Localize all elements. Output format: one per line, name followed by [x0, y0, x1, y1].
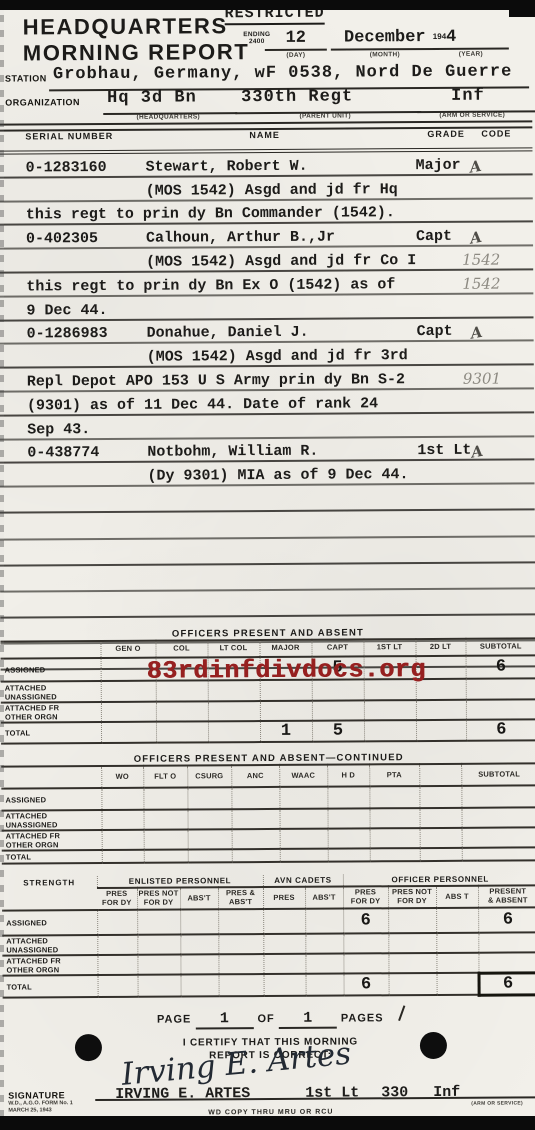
cell-value — [462, 827, 535, 847]
column-header: COL — [155, 640, 207, 657]
grade-value: Major — [416, 157, 461, 174]
cell-value — [208, 701, 260, 721]
column-header: SUBTOTAL — [461, 763, 535, 785]
scan-edge-corner — [509, 0, 535, 17]
cell-value — [436, 953, 478, 973]
table-corner-label: STRENGTH — [2, 876, 97, 911]
entry-text: (MOS 1542) Asgd and jd fr Co I — [146, 252, 416, 271]
watermark: 83rdinfdivdocs.org — [147, 655, 426, 686]
cell-value — [144, 849, 188, 862]
handwritten-code-mark: A — [469, 323, 484, 343]
column-header: PRES NOT FOR DY — [388, 886, 436, 908]
cell-value — [137, 910, 180, 935]
column-header — [0, 641, 100, 659]
officers-continued-table: OFFICERS PRESENT AND ABSENT—CONTINUEDWOF… — [1, 751, 535, 864]
cell-value — [462, 847, 535, 860]
cell-value — [137, 955, 180, 975]
cell-value — [231, 809, 279, 829]
cell-value — [388, 933, 436, 953]
roster-line: Sep 43. — [0, 413, 534, 440]
cell-value — [370, 828, 420, 848]
cell-value — [97, 935, 137, 955]
month-sublabel: (MONTH) — [331, 51, 439, 59]
year-typed: 4 — [446, 28, 456, 47]
cell-value — [263, 909, 305, 934]
cell-value — [98, 975, 138, 997]
entry-text: Donahue, Daniel J. — [147, 324, 309, 342]
grade-value: 1st Lt — [417, 442, 471, 459]
column-header: PRES — [263, 887, 305, 909]
cell-value — [218, 934, 263, 954]
cell-value: 1 — [260, 721, 312, 742]
roster-line: this regt to prin dy Bn Ex O (1542) as o… — [0, 270, 533, 297]
cell-value — [369, 786, 419, 808]
cell-value — [279, 787, 327, 809]
column-header: PRES FOR DY — [343, 886, 388, 908]
roster-line: this regt to prin dy Bn Commander (1542)… — [0, 199, 533, 226]
day-sublabel: (DAY) — [265, 52, 327, 59]
signer-name: IRVING E. ARTES — [115, 1085, 250, 1103]
cell-value — [388, 908, 436, 933]
cell-value — [144, 829, 188, 849]
arm-sublabel: (ARM OR SERVICE) — [417, 111, 527, 119]
cell-value — [280, 849, 328, 862]
cell-value — [260, 701, 312, 721]
of-label: OF — [257, 1013, 274, 1025]
cell-value: 6 — [343, 908, 388, 933]
page-label: PAGE — [157, 1013, 191, 1025]
cell-value: 6 — [466, 655, 535, 678]
parent-unit-sublabel: (PARENT UNIT) — [235, 112, 415, 120]
date-month: December — [331, 28, 439, 51]
cell-value — [328, 848, 370, 861]
roster-entries: 0-1283160Stewart, Robert W.MajorA(MOS 15… — [0, 151, 535, 671]
cell-value — [416, 720, 466, 741]
group-header: AVN CADETS — [263, 875, 343, 887]
column-header — [1, 766, 101, 789]
blank-ruled-line — [0, 537, 535, 566]
cell-value — [419, 808, 461, 828]
column-header: PTA — [369, 764, 419, 786]
cell-value — [436, 908, 478, 933]
cell-value — [181, 974, 219, 996]
arm-service-sublabel: (ARM OR SERVICE) — [471, 1100, 523, 1106]
cell-value — [327, 808, 369, 828]
serial-number-header: SERIAL NUMBER — [25, 131, 113, 142]
cell-value: 6 — [466, 719, 535, 740]
column-header: PRESENT & ABSENT — [478, 885, 535, 907]
cell-value — [188, 829, 232, 849]
cell-value — [101, 788, 143, 810]
cell-value — [419, 786, 461, 808]
cell-value — [388, 953, 436, 973]
cell-value — [218, 909, 263, 934]
form-sheet: HEADQUARTERS MORNING REPORT RESTRICTED E… — [0, 0, 535, 1130]
column-header: WAAC — [279, 765, 327, 787]
signature-label: SIGNATURE — [8, 1090, 65, 1100]
cell-value — [218, 954, 263, 974]
cell-value — [305, 909, 343, 934]
signer-arm: Inf — [433, 1084, 460, 1101]
column-header: ABS'T — [305, 887, 343, 909]
entry-text: (Dy 9301) MIA as of 9 Dec 44. — [147, 466, 408, 485]
roster-line: 9 Dec 44. — [0, 294, 533, 321]
cell-value — [436, 933, 478, 953]
cell-value: 6 — [344, 973, 389, 995]
ending-time: 2400 — [249, 38, 265, 45]
group-header: ENLISTED PERSONNEL — [97, 875, 263, 888]
handwritten-code-mark: A — [468, 228, 483, 248]
cell-value — [180, 954, 218, 974]
cell-value — [97, 955, 137, 975]
column-header: CSURG — [187, 765, 231, 787]
cell-value — [478, 952, 535, 972]
row-label: ATTACHED UNASSIGNED — [1, 681, 101, 703]
cell-value — [180, 934, 218, 954]
cell-value — [420, 828, 462, 848]
cell-value — [328, 828, 370, 848]
column-header: MAJOR — [259, 640, 311, 657]
scan-edge-bottom — [0, 1116, 535, 1130]
cell-value: 5 — [312, 720, 364, 741]
station-label: STATION — [5, 73, 47, 83]
cell-value — [364, 700, 416, 720]
cell-value — [420, 848, 462, 861]
cell-value — [232, 829, 280, 849]
cell-value — [263, 974, 305, 996]
cell-value — [461, 807, 535, 827]
cell-value: 6 — [479, 972, 535, 994]
cell-value — [102, 830, 144, 850]
row-label: ATTACHED UNASSIGNED — [1, 810, 101, 831]
roster-line: (MOS 1542) Asgd and jd fr Co I1542 — [0, 247, 533, 274]
column-header: FLT O — [143, 765, 187, 787]
cell-value: 6 — [478, 907, 535, 932]
page-count-line: PAGE 1 OF 1 PAGES — [3, 1008, 535, 1030]
entry-text: Stewart, Robert W. — [146, 158, 308, 176]
entry-text: (MOS 1542) Asgd and jd fr Hq — [146, 181, 398, 200]
pencil-annotation: 9301 — [463, 370, 501, 388]
cell-value — [101, 810, 143, 830]
roster-line: (Dy 9301) MIA as of 9 Dec 44. — [0, 461, 535, 488]
page-subtitle: MORNING REPORT — [23, 39, 250, 66]
roster-line: 0-438774Notbohm, William R.1st LtA — [0, 437, 534, 464]
handwritten-code-mark: A — [468, 157, 483, 177]
column-header — [419, 764, 461, 786]
column-header: WO — [101, 766, 143, 788]
morning-report-scan: HEADQUARTERS MORNING REPORT RESTRICTED E… — [0, 0, 535, 1130]
serial-number: 0-402305 — [26, 230, 98, 247]
cell-value — [369, 808, 419, 828]
organization-arm: Inf — [417, 86, 535, 113]
cell-value — [137, 935, 180, 955]
cell-value — [343, 953, 388, 973]
cell-value — [180, 909, 218, 934]
serial-number: 0-1286983 — [27, 325, 108, 342]
page-number: 1 — [195, 1010, 253, 1029]
cell-value — [370, 848, 420, 861]
cell-value — [187, 809, 231, 829]
row-label: ATTACHED FR OTHER ORGN — [2, 830, 102, 851]
column-header: 1ST LT — [363, 639, 415, 656]
column-header: PRES & ABS'T — [218, 887, 263, 909]
cell-value — [466, 678, 535, 699]
cell-value — [364, 720, 416, 741]
cell-value — [138, 975, 181, 997]
signer-unit: 330 — [381, 1084, 408, 1101]
name-header: NAME — [249, 130, 280, 140]
entry-text: 9 Dec 44. — [26, 302, 107, 319]
cell-value — [101, 702, 156, 722]
row-label: ATTACHED FR OTHER ORGN — [2, 955, 97, 976]
cell-value — [279, 809, 327, 829]
cell-value — [188, 849, 232, 862]
year-preprint: 194 — [433, 32, 446, 41]
form-id-line1: W.D., A.G.O. FORM No. 1 — [8, 1100, 73, 1106]
signer-grade: 1st Lt — [305, 1084, 359, 1101]
organization-headquarters: Hq 3d Bn — [103, 88, 237, 115]
cell-value — [143, 787, 187, 809]
cell-value — [102, 850, 144, 863]
cell-value — [263, 954, 305, 974]
roster-line: (MOS 1542) Asgd and jd fr Hq — [0, 175, 533, 202]
roster-line: (MOS 1542) Asgd and jd fr 3rd — [0, 342, 534, 369]
serial-number: 0-438774 — [27, 444, 99, 461]
cell-value — [389, 973, 437, 995]
row-label: ATTACHED FR OTHER ORGN — [1, 702, 101, 723]
column-header: PRES NOT FOR DY — [137, 888, 180, 910]
cell-value — [208, 721, 260, 742]
column-header: PRES FOR DY — [97, 888, 137, 910]
cell-value — [218, 974, 263, 996]
organization-parent-unit: 330th Regt — [235, 87, 421, 114]
pages-label: PAGES — [341, 1012, 384, 1024]
cell-value — [437, 973, 479, 995]
handwritten-code-mark: A — [470, 442, 485, 462]
entry-text: (9301) as of 11 Dec 44. Date of rank 24 — [27, 395, 378, 414]
cell-value — [263, 934, 305, 954]
blank-ruled-line — [0, 589, 535, 618]
row-label: ASSIGNED — [2, 910, 97, 936]
row-label: ATTACHED UNASSIGNED — [2, 935, 97, 956]
cell-value — [101, 722, 156, 743]
row-label: TOTAL — [2, 850, 102, 864]
scan-edge-left — [0, 0, 4, 1130]
entry-text: Notbohm, William R. — [147, 443, 318, 461]
column-header: 2D LT — [415, 639, 465, 656]
entry-text: Sep 43. — [27, 421, 90, 438]
entry-text: Calhoun, Arthur B.,Jr — [146, 229, 335, 247]
roster-line: 0-402305Calhoun, Arthur B.,JrCaptA — [0, 223, 533, 250]
pencil-annotation: 1542 — [462, 274, 500, 292]
row-label: TOTAL — [3, 975, 98, 998]
organization-label: ORGANIZATION — [5, 97, 80, 107]
column-header: H D — [327, 764, 369, 786]
year-sublabel: (YEAR) — [433, 51, 509, 58]
grade-value: Capt — [416, 228, 452, 245]
column-header: SUBTOTAL — [465, 638, 535, 655]
cell-value — [478, 932, 535, 952]
page-title: HEADQUARTERS — [23, 13, 228, 40]
officers-present-absent-table: OFFICERS PRESENT AND ABSENTGEN OCOLLT CO… — [0, 626, 535, 744]
column-header: CAPT — [311, 639, 363, 656]
total-pages: 1 — [279, 1010, 337, 1029]
column-header: ABS'T — [180, 887, 218, 909]
date-year: 1944 — [433, 28, 509, 50]
row-label: ASSIGNED — [1, 658, 101, 682]
row-label: ASSIGNED — [1, 788, 101, 811]
serial-number: 0-1283160 — [26, 159, 107, 176]
cell-value — [305, 974, 343, 996]
scan-edge-top — [0, 0, 535, 10]
grade-value: Capt — [417, 323, 453, 340]
blank-ruled-line — [0, 485, 535, 514]
cell-value — [231, 787, 279, 809]
cell-value — [343, 933, 388, 953]
pencil-annotation: 1542 — [462, 251, 500, 269]
row-label: TOTAL — [1, 722, 101, 744]
cell-value — [416, 700, 466, 720]
cell-value — [97, 910, 137, 935]
roster-line: Repl Depot APO 153 U S Army prin dy Bn S… — [0, 366, 534, 393]
entry-text: (MOS 1542) Asgd and jd fr 3rd — [147, 347, 408, 366]
cell-value — [280, 829, 328, 849]
date-day: 12 — [265, 29, 327, 51]
blank-ruled-line — [0, 563, 535, 592]
cell-value — [187, 787, 231, 809]
column-header: GEN O — [100, 641, 155, 658]
code-header: CODE — [481, 129, 511, 139]
cell-value — [305, 954, 343, 974]
column-header: ABS T — [436, 886, 478, 908]
roster-header: SERIAL NUMBER NAME GRADE CODE — [0, 128, 532, 154]
cell-value — [143, 809, 187, 829]
column-header: ANC — [231, 765, 279, 787]
cell-value — [461, 785, 535, 807]
blank-ruled-line — [0, 511, 535, 540]
headquarters-sublabel: (HEADQUARTERS) — [103, 113, 233, 121]
cell-value — [312, 700, 364, 720]
entry-text: this regt to prin dy Bn Commander (1542)… — [26, 205, 395, 224]
cell-value — [305, 934, 343, 954]
cell-value — [156, 721, 208, 742]
grade-header: GRADE — [427, 129, 465, 139]
roster-line: 0-1286983Donahue, Daniel J.CaptA — [0, 318, 534, 345]
cell-value — [466, 699, 535, 719]
roster-line: (9301) as of 11 Dec 44. Date of rank 24 — [0, 389, 534, 416]
cell-value — [232, 849, 280, 862]
entry-text: Repl Depot APO 153 U S Army prin dy Bn S… — [27, 371, 405, 390]
roster-line: 0-1283160Stewart, Robert W.MajorA — [0, 151, 533, 178]
entry-text: this regt to prin dy Bn Ex O (1542) as o… — [26, 276, 395, 295]
cell-value — [156, 701, 208, 721]
strength-table: STRENGTHENLISTED PERSONNELAVN CADETSOFFI… — [2, 873, 535, 999]
column-header: LT COL — [207, 640, 259, 657]
cell-value — [327, 786, 369, 808]
